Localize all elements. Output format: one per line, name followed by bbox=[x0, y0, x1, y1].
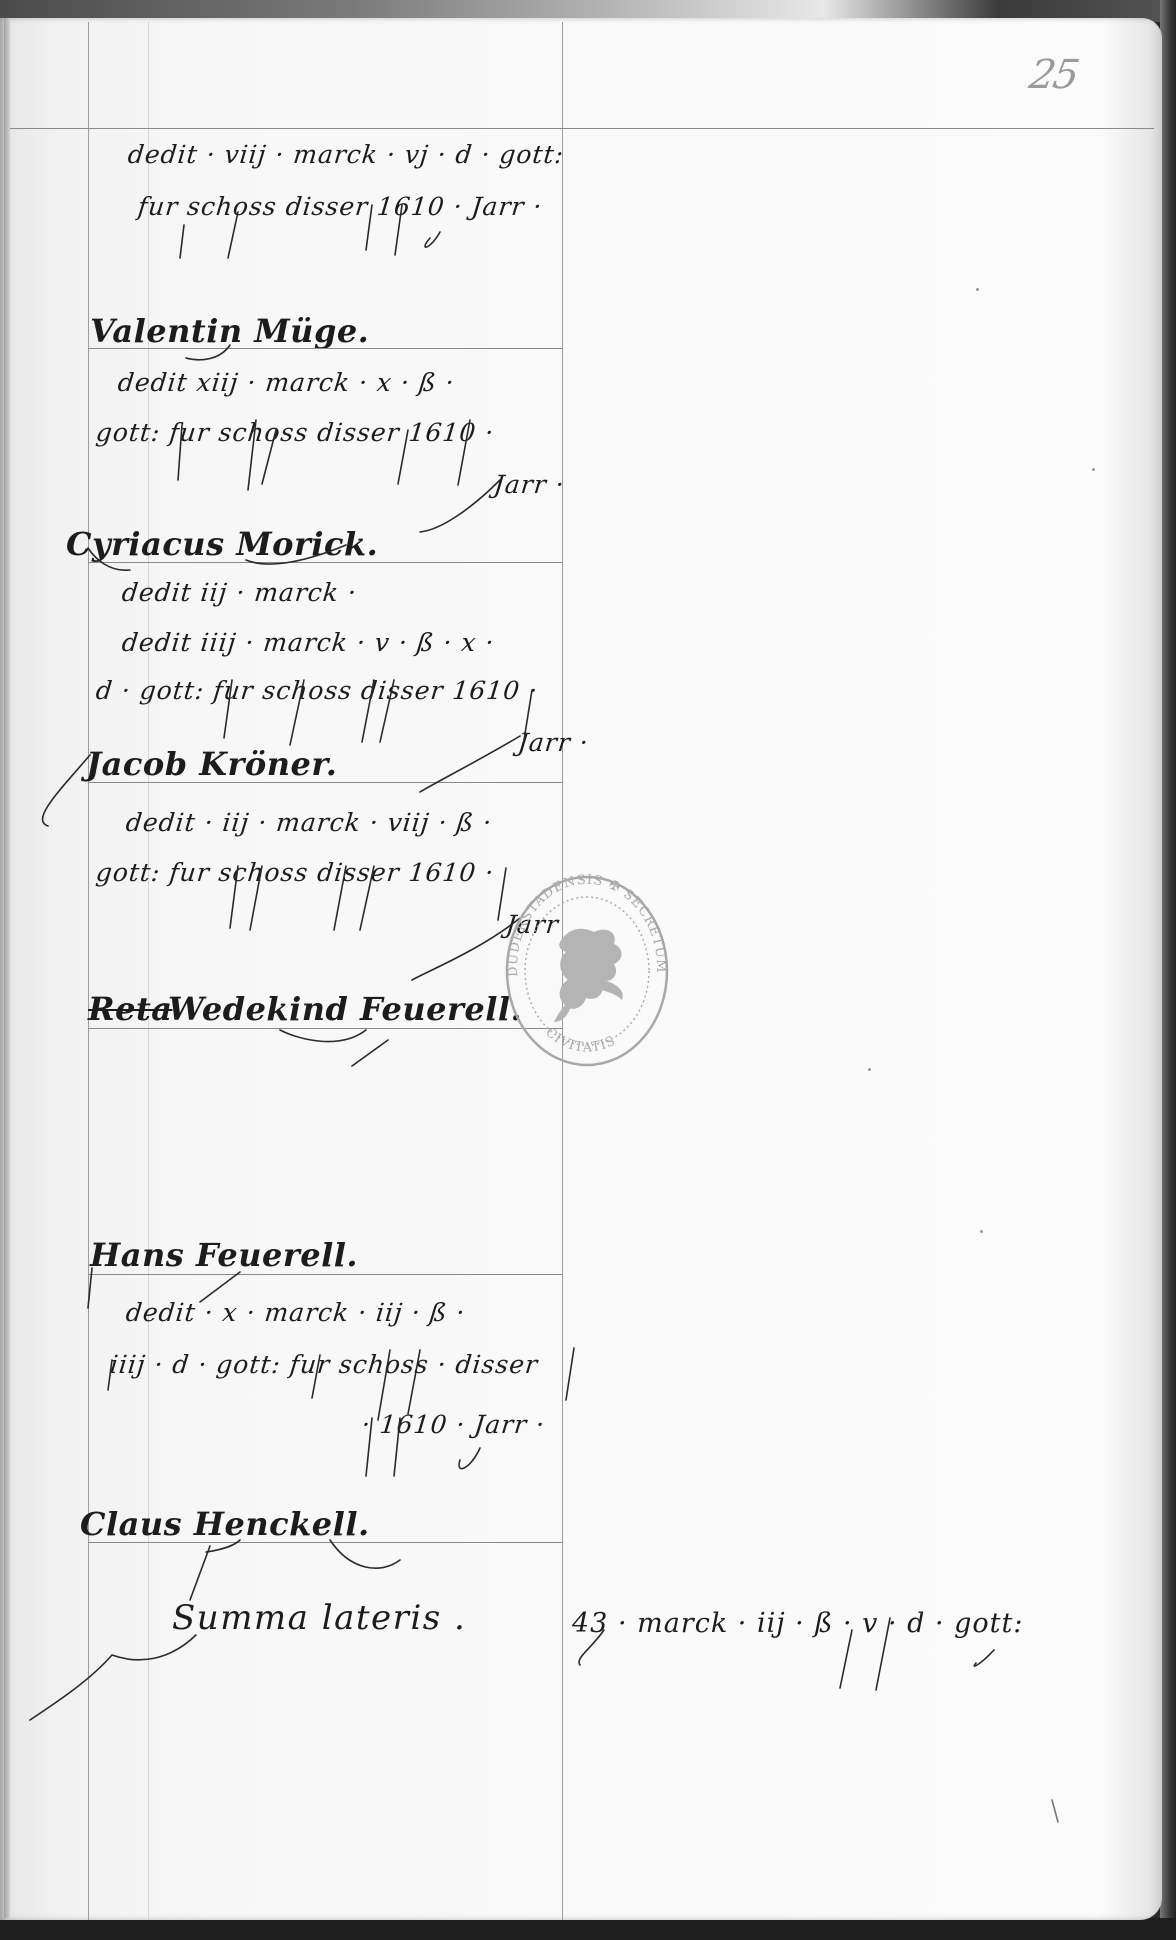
scan-backdrop-right bbox=[1160, 0, 1176, 1940]
header-rule bbox=[10, 128, 1154, 129]
summary-label: Summa lateris . bbox=[172, 1598, 466, 1638]
entry-name: Valentin Müge. bbox=[90, 312, 369, 350]
inner-margin-rule bbox=[148, 22, 149, 1920]
scan-backdrop-bottom bbox=[0, 1918, 1176, 1940]
svg-text:CIVITATIS: CIVITATIS bbox=[542, 1025, 618, 1055]
entry-line: dedit iiij · marck · v · ß · x · bbox=[120, 628, 495, 657]
page-binding-edge bbox=[4, 18, 10, 1918]
entry-underline bbox=[88, 348, 562, 349]
page-number: 25 bbox=[1026, 52, 1081, 98]
entry-name: Hans Feuerell. bbox=[90, 1236, 358, 1274]
seal-inscription-bottom: CIVITATIS bbox=[542, 1025, 618, 1055]
entry-underline bbox=[88, 562, 562, 563]
paper-speck bbox=[1092, 468, 1095, 471]
entry-name-struck: Reta bbox=[88, 990, 172, 1028]
entry-line: · 1610 · Jarr · bbox=[360, 1410, 546, 1439]
entry-line: iiij · d · gott: fur schoss · disser bbox=[108, 1350, 539, 1379]
entry-line: gott: fur schoss disser 1610 · bbox=[94, 418, 495, 447]
left-margin-rule bbox=[88, 22, 89, 1920]
entry-line: gott: fur schoss disser 1610 · bbox=[94, 858, 495, 887]
entry-line: fur schoss disser 1610 · Jarr · bbox=[136, 192, 543, 221]
entry-name: Claus Henckell. bbox=[80, 1505, 370, 1543]
entry-line: Jarr · bbox=[516, 728, 590, 757]
entry-name: Wedekind Feuerell. bbox=[168, 990, 522, 1028]
entry-line: dedit iij · marck · bbox=[120, 578, 358, 607]
entry-underline bbox=[88, 782, 562, 783]
entry-name: Cyriacus Morick. bbox=[66, 525, 378, 563]
entry-underline bbox=[88, 1274, 562, 1275]
entry-line: dedit · iij · marck · viij · ß · bbox=[124, 808, 493, 837]
paper-speck bbox=[980, 1230, 983, 1233]
entry-line: dedit · viij · marck · vj · d · gott: bbox=[126, 140, 565, 169]
summary-amount: 43 · marck · iij · ß · v · d · gott: bbox=[572, 1608, 1023, 1639]
lion-emblem-icon bbox=[554, 929, 623, 1022]
entry-line: dedit · x · marck · iij · ß · bbox=[124, 1298, 466, 1327]
entry-underline bbox=[88, 1542, 562, 1543]
paper-speck bbox=[868, 1068, 871, 1071]
entry-name: Jacob Kröner. bbox=[86, 745, 337, 783]
entry-line: Jarr · bbox=[492, 470, 566, 499]
paper-speck bbox=[976, 288, 979, 291]
entry-underline bbox=[88, 1028, 562, 1029]
entry-line: dedit xiij · marck · x · ß · bbox=[116, 368, 456, 397]
archive-seal-stamp: DUDERSTADENSIS ✠ SECRETUM CIVITATIS bbox=[502, 872, 672, 1070]
entry-line: d · gott: fur schoss disser 1610 · bbox=[94, 676, 539, 705]
